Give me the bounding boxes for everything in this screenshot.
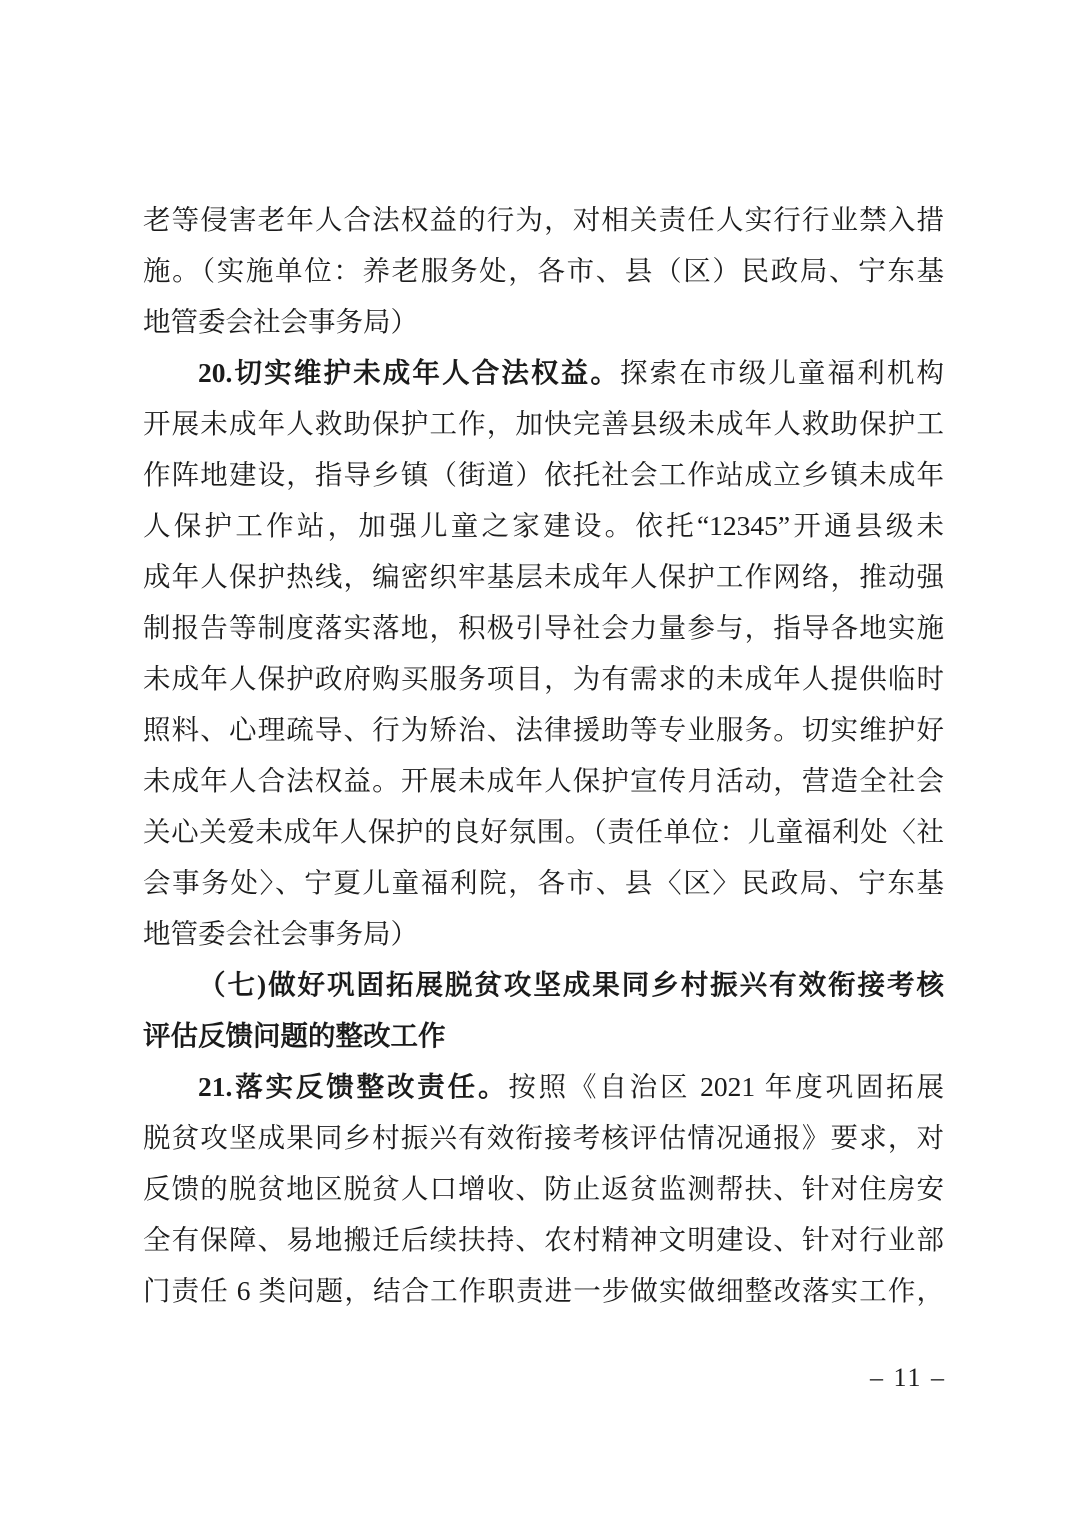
text-run: 探索在市级儿童福利机构: [620, 357, 944, 388]
text-run: 会事务处〉、宁夏儿童福利院，各市、县〈区〉民政局、宁东基: [143, 867, 944, 898]
bold-text-run: 21.落实反馈整改责任。: [198, 1071, 508, 1102]
text-run: 地管委会社会事务局）: [143, 306, 418, 337]
text-run: 未成年人合法权益。开展未成年人保护宣传月活动，营造全社会: [143, 765, 944, 796]
text-line: 人保护工作站，加强儿童之家建设。依托“12345”开通县级未: [143, 500, 944, 551]
text-line: 老等侵害老年人合法权益的行为，对相关责任人实行行业禁入措: [143, 194, 944, 245]
heading-line: （七)做好巩固拓展脱贫攻坚成果同乡村振兴有效衔接考核: [143, 959, 944, 1010]
document-body: 老等侵害老年人合法权益的行为，对相关责任人实行行业禁入措施。（实施单位：养老服务…: [143, 194, 944, 1316]
text-run: 照料、心理疏导、行为矫治、法律援助等专业服务。切实维护好: [143, 714, 944, 745]
text-run: 开展未成年人救助保护工作，加快完善县级未成年人救助保护工: [143, 408, 944, 439]
text-line: 脱贫攻坚成果同乡村振兴有效衔接考核评估情况通报》要求，对: [143, 1112, 944, 1163]
text-line: 作阵地建设，指导乡镇（街道）依托社会工作站成立乡镇未成年: [143, 449, 944, 500]
text-line: 开展未成年人救助保护工作，加快完善县级未成年人救助保护工: [143, 398, 944, 449]
text-line: 20.切实维护未成年人合法权益。探索在市级儿童福利机构: [143, 347, 944, 398]
text-run: 施。（实施单位：养老服务处，各市、县（区）民政局、宁东基: [143, 255, 944, 286]
text-run: 地管委会社会事务局）: [143, 918, 418, 949]
text-line: 地管委会社会事务局）: [143, 296, 944, 347]
document-page: 老等侵害老年人合法权益的行为，对相关责任人实行行业禁入措施。（实施单位：养老服务…: [0, 0, 1074, 1520]
heading-line: 评估反馈问题的整改工作: [143, 1010, 944, 1061]
text-line: 施。（实施单位：养老服务处，各市、县（区）民政局、宁东基: [143, 245, 944, 296]
text-line: 会事务处〉、宁夏儿童福利院，各市、县〈区〉民政局、宁东基: [143, 857, 944, 908]
text-line: 门责任 6 类问题，结合工作职责进一步做实做细整改落实工作，: [143, 1265, 944, 1316]
text-line: 关心关爱未成年人保护的良好氛围。（责任单位：儿童福利处〈社: [143, 806, 944, 857]
text-run: 成年人保护热线，编密织牢基层未成年人保护工作网络，推动强: [143, 561, 944, 592]
page-number: – 11 –: [870, 1352, 946, 1403]
text-run: 制报告等制度落实落地，积极引导社会力量参与，指导各地实施: [143, 612, 944, 643]
text-line: 制报告等制度落实落地，积极引导社会力量参与，指导各地实施: [143, 602, 944, 653]
bold-text-run: 20.切实维护未成年人合法权益。: [198, 357, 620, 388]
text-run: 未成年人保护政府购买服务项目，为有需求的未成年人提供临时: [143, 663, 944, 694]
text-line: 全有保障、易地搬迁后续扶持、农村精神文明建设、针对行业部: [143, 1214, 944, 1265]
text-run: 门责任 6 类问题，结合工作职责进一步做实做细整改落实工作，: [143, 1275, 944, 1306]
text-run: 脱贫攻坚成果同乡村振兴有效衔接考核评估情况通报》要求，对: [143, 1122, 944, 1153]
text-run: 关心关爱未成年人保护的良好氛围。（责任单位：儿童福利处〈社: [143, 816, 944, 847]
text-run: 作阵地建设，指导乡镇（街道）依托社会工作站成立乡镇未成年: [143, 459, 944, 490]
text-line: 地管委会社会事务局）: [143, 908, 944, 959]
text-run: 人保护工作站，加强儿童之家建设。依托“12345”开通县级未: [143, 510, 944, 541]
text-line: 21.落实反馈整改责任。按照《自治区 2021 年度巩固拓展: [143, 1061, 944, 1112]
text-run: 反馈的脱贫地区脱贫人口增收、防止返贫监测帮扶、针对住房安: [143, 1173, 944, 1204]
bold-text-run: 评估反馈问题的整改工作: [143, 1020, 446, 1051]
text-line: 成年人保护热线，编密织牢基层未成年人保护工作网络，推动强: [143, 551, 944, 602]
text-run: 全有保障、易地搬迁后续扶持、农村精神文明建设、针对行业部: [143, 1224, 944, 1255]
text-line: 未成年人保护政府购买服务项目，为有需求的未成年人提供临时: [143, 653, 944, 704]
text-run: 老等侵害老年人合法权益的行为，对相关责任人实行行业禁入措: [143, 204, 944, 235]
text-line: 照料、心理疏导、行为矫治、法律援助等专业服务。切实维护好: [143, 704, 944, 755]
text-line: 反馈的脱贫地区脱贫人口增收、防止返贫监测帮扶、针对住房安: [143, 1163, 944, 1214]
text-line: 未成年人合法权益。开展未成年人保护宣传月活动，营造全社会: [143, 755, 944, 806]
bold-text-run: （七)做好巩固拓展脱贫攻坚成果同乡村振兴有效衔接考核: [198, 969, 944, 1000]
text-run: 按照《自治区 2021 年度巩固拓展: [508, 1071, 944, 1102]
